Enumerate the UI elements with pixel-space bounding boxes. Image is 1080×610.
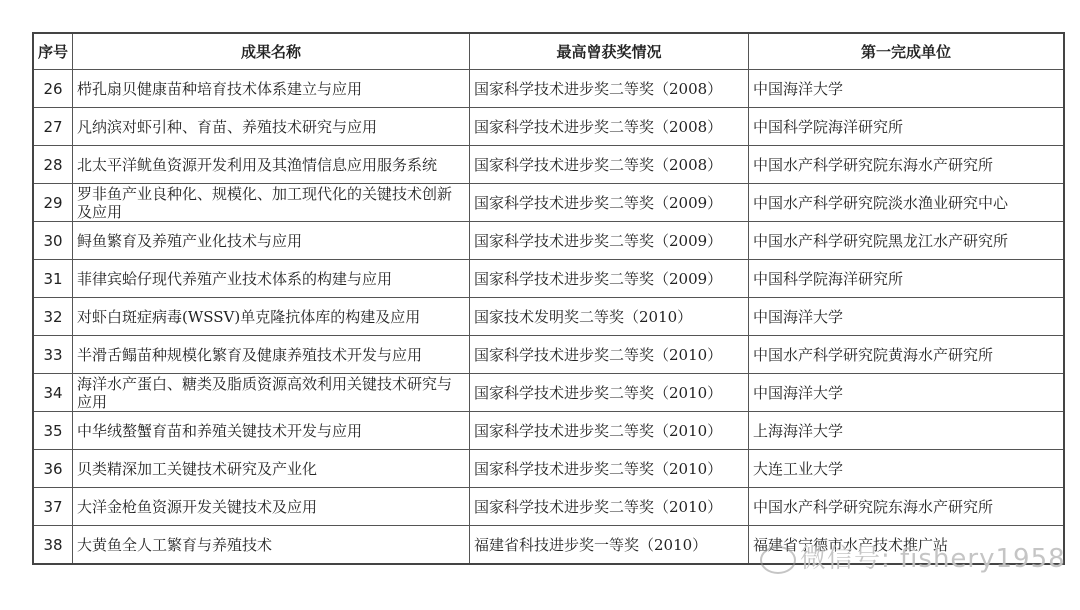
table-row: 30 鲟鱼繁育及养殖产业化技术与应用 国家科学技术进步奖二等奖（2009） 中国… [33, 222, 1064, 260]
row-award: 国家科学技术进步奖二等奖（2008） [470, 108, 749, 146]
row-award: 国家科学技术进步奖二等奖（2010） [470, 374, 749, 412]
row-award: 国家科学技术进步奖二等奖（2010） [470, 488, 749, 526]
row-unit: 大连工业大学 [749, 450, 1065, 488]
row-no: 36 [33, 450, 73, 488]
row-no: 37 [33, 488, 73, 526]
row-no: 35 [33, 412, 73, 450]
row-no: 29 [33, 184, 73, 222]
row-no: 30 [33, 222, 73, 260]
table-row: 27 凡纳滨对虾引种、育苗、养殖技术研究与应用 国家科学技术进步奖二等奖（200… [33, 108, 1064, 146]
row-unit: 中国水产科学研究院东海水产研究所 [749, 488, 1065, 526]
header-no: 序号 [33, 33, 73, 70]
row-award: 国家科学技术进步奖二等奖（2008） [470, 70, 749, 108]
row-unit: 中国水产科学研究院黄海水产研究所 [749, 336, 1065, 374]
row-no: 27 [33, 108, 73, 146]
row-name: 海洋水产蛋白、糖类及脂质资源高效利用关键技术研究与应用 [73, 374, 470, 412]
row-award: 国家科学技术进步奖二等奖（2009） [470, 260, 749, 298]
table-row: 28 北太平洋鱿鱼资源开发利用及其渔情信息应用服务系统 国家科学技术进步奖二等奖… [33, 146, 1064, 184]
row-name: 菲律宾蛤仔现代养殖产业技术体系的构建与应用 [73, 260, 470, 298]
table-row: 36 贝类精深加工关键技术研究及产业化 国家科学技术进步奖二等奖（2010） 大… [33, 450, 1064, 488]
header-unit: 第一完成单位 [749, 33, 1065, 70]
row-name: 对虾白斑症病毒(WSSV)单克隆抗体库的构建及应用 [73, 298, 470, 336]
row-award: 国家科学技术进步奖二等奖（2009） [470, 222, 749, 260]
row-award: 国家科学技术进步奖二等奖（2010） [470, 412, 749, 450]
wechat-icon [760, 546, 796, 574]
row-unit: 中国海洋大学 [749, 70, 1065, 108]
row-name: 大洋金枪鱼资源开发关键技术及应用 [73, 488, 470, 526]
row-unit: 中国海洋大学 [749, 298, 1065, 336]
row-name: 鲟鱼繁育及养殖产业化技术与应用 [73, 222, 470, 260]
table-row: 31 菲律宾蛤仔现代养殖产业技术体系的构建与应用 国家科学技术进步奖二等奖（20… [33, 260, 1064, 298]
row-name: 栉孔扇贝健康苗种培育技术体系建立与应用 [73, 70, 470, 108]
row-name: 贝类精深加工关键技术研究及产业化 [73, 450, 470, 488]
row-no: 33 [33, 336, 73, 374]
row-unit: 中国水产科学研究院东海水产研究所 [749, 146, 1065, 184]
header-row: 序号 成果名称 最高曾获奖情况 第一完成单位 [33, 33, 1064, 70]
row-award: 国家科学技术进步奖二等奖（2010） [470, 336, 749, 374]
table-row: 37 大洋金枪鱼资源开发关键技术及应用 国家科学技术进步奖二等奖（2010） 中… [33, 488, 1064, 526]
header-award: 最高曾获奖情况 [470, 33, 749, 70]
row-name: 中华绒螯蟹育苗和养殖关键技术开发与应用 [73, 412, 470, 450]
row-no: 38 [33, 526, 73, 565]
row-unit: 中国科学院海洋研究所 [749, 108, 1065, 146]
row-no: 28 [33, 146, 73, 184]
row-name: 北太平洋鱿鱼资源开发利用及其渔情信息应用服务系统 [73, 146, 470, 184]
table-row: 35 中华绒螯蟹育苗和养殖关键技术开发与应用 国家科学技术进步奖二等奖（2010… [33, 412, 1064, 450]
table-row: 29 罗非鱼产业良种化、规模化、加工现代化的关键技术创新及应用 国家科学技术进步… [33, 184, 1064, 222]
row-award: 国家科学技术进步奖二等奖（2008） [470, 146, 749, 184]
row-no: 32 [33, 298, 73, 336]
row-no: 34 [33, 374, 73, 412]
watermark-text: 微信号: fishery1958 [800, 544, 1066, 574]
row-name: 半滑舌鳎苗种规模化繁育及健康养殖技术开发与应用 [73, 336, 470, 374]
table-row: 34 海洋水产蛋白、糖类及脂质资源高效利用关键技术研究与应用 国家科学技术进步奖… [33, 374, 1064, 412]
row-name: 大黄鱼全人工繁育与养殖技术 [73, 526, 470, 565]
row-award: 福建省科技进步奖一等奖（2010） [470, 526, 749, 565]
row-unit: 中国科学院海洋研究所 [749, 260, 1065, 298]
row-name: 凡纳滨对虾引种、育苗、养殖技术研究与应用 [73, 108, 470, 146]
row-unit: 上海海洋大学 [749, 412, 1065, 450]
row-unit: 中国水产科学研究院黑龙江水产研究所 [749, 222, 1065, 260]
row-no: 31 [33, 260, 73, 298]
table-row: 33 半滑舌鳎苗种规模化繁育及健康养殖技术开发与应用 国家科学技术进步奖二等奖（… [33, 336, 1064, 374]
header-name: 成果名称 [73, 33, 470, 70]
row-award: 国家技术发明奖二等奖（2010） [470, 298, 749, 336]
watermark: 微信号: fishery1958 [760, 538, 1066, 575]
achievements-table: 序号 成果名称 最高曾获奖情况 第一完成单位 26 栉孔扇贝健康苗种培育技术体系… [32, 32, 1065, 565]
row-unit: 中国海洋大学 [749, 374, 1065, 412]
row-award: 国家科学技术进步奖二等奖（2009） [470, 184, 749, 222]
row-unit: 中国水产科学研究院淡水渔业研究中心 [749, 184, 1065, 222]
table-row: 26 栉孔扇贝健康苗种培育技术体系建立与应用 国家科学技术进步奖二等奖（2008… [33, 70, 1064, 108]
row-no: 26 [33, 70, 73, 108]
row-name: 罗非鱼产业良种化、规模化、加工现代化的关键技术创新及应用 [73, 184, 470, 222]
table-row: 32 对虾白斑症病毒(WSSV)单克隆抗体库的构建及应用 国家技术发明奖二等奖（… [33, 298, 1064, 336]
row-award: 国家科学技术进步奖二等奖（2010） [470, 450, 749, 488]
